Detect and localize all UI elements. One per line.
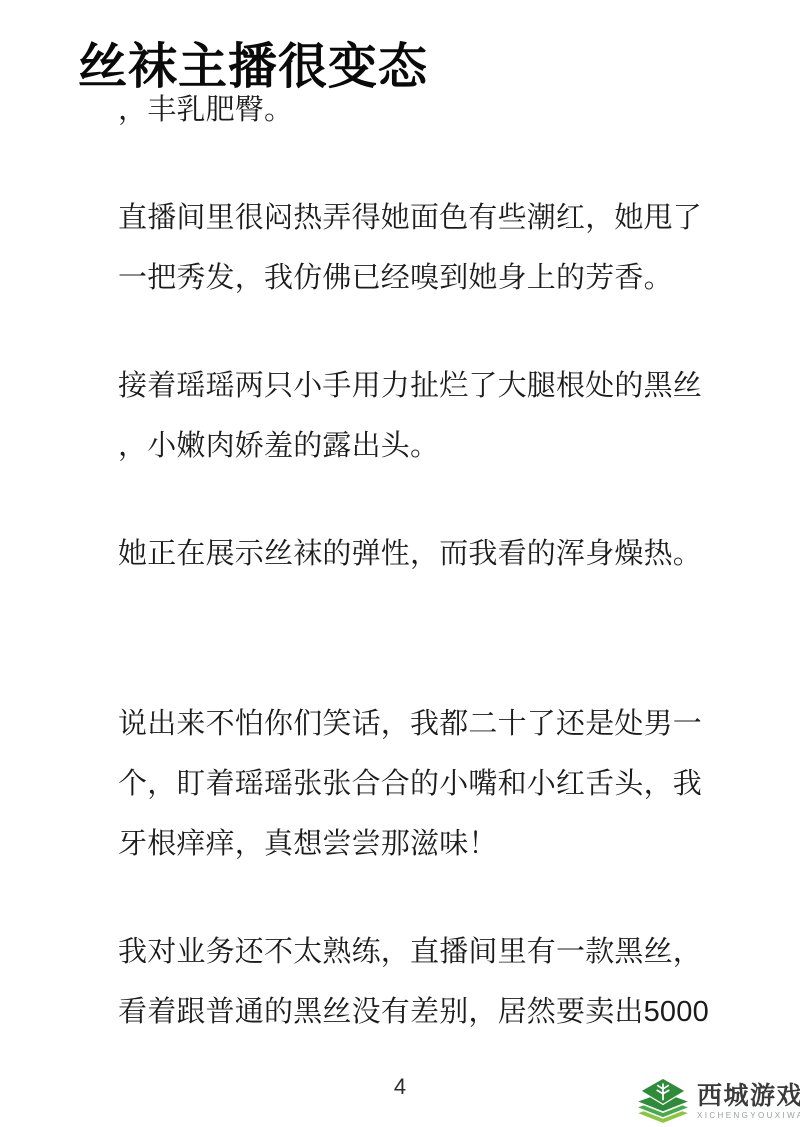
text-line: 我对业务还不太熟练，直播间里有一款黑丝， [118,922,718,982]
watermark-text: 西城游戏网 XICHENGYOUXIWANG [697,1083,800,1120]
stacked-books-wheat-icon [634,1078,692,1125]
text-line: 个，盯着瑶瑶张张合合的小嘴和小红舌头，我 [118,754,718,814]
paragraph: 直播间里很闷热弄得她面色有些潮红，她甩了 一把秀发，我仿佛已经嗅到她身上的芳香。 [118,188,718,308]
text-line: ，小嫩肉娇羞的露出头。 [118,416,718,476]
text-line: 一把秀发，我仿佛已经嗅到她身上的芳香。 [118,248,718,308]
text-line: 看着跟普通的黑丝没有差别，居然要卖出5000 [118,982,718,1042]
site-name: 西城游戏网 [697,1083,800,1110]
text-line: 她正在展示丝袜的弹性，而我看的浑身燥热。 [118,524,718,584]
paragraph: 我对业务还不太熟练，直播间里有一款黑丝， 看着跟普通的黑丝没有差别，居然要卖出5… [118,922,718,1042]
text-line: 直播间里很闷热弄得她面色有些潮红，她甩了 [118,188,718,248]
site-name-latin: XICHENGYOUXIWANG [697,1111,800,1120]
paragraph: 说出来不怕你们笑话，我都二十了还是处男一 个，盯着瑶瑶张张合合的小嘴和小红舌头，… [118,694,718,874]
paragraph: 她正在展示丝袜的弹性，而我看的浑身燥热。 [118,524,718,584]
text-line: 接着瑶瑶两只小手用力扯烂了大腿根处的黑丝 [118,356,718,416]
body-text: ，丰乳肥臀。 直播间里很闷热弄得她面色有些潮红，她甩了 一把秀发，我仿佛已经嗅到… [118,80,718,1090]
paragraph: 接着瑶瑶两只小手用力扯烂了大腿根处的黑丝 ，小嫩肉娇羞的露出头。 [118,356,718,476]
text-line: 说出来不怕你们笑话，我都二十了还是处男一 [118,694,718,754]
text-line: ，丰乳肥臀。 [118,80,718,140]
paragraph: ，丰乳肥臀。 [118,80,718,140]
site-watermark: 西城游戏网 XICHENGYOUXIWANG [634,1078,800,1125]
text-line: 牙根痒痒，真想尝尝那滋味！ [118,814,718,874]
